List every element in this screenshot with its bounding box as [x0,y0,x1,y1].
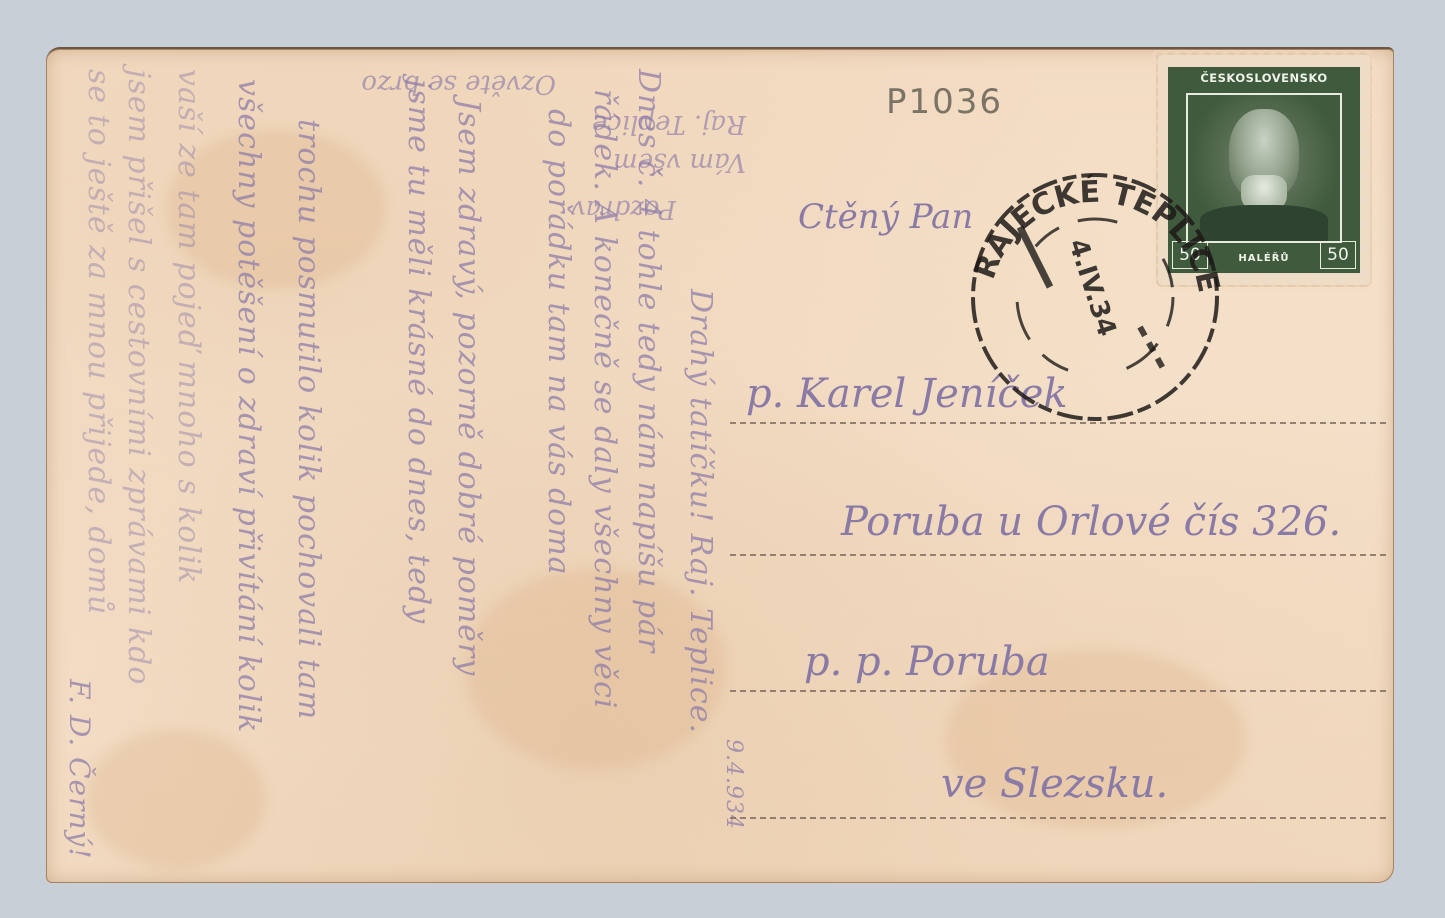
address-dashed-line [730,690,1386,692]
postmark-date: 4.IV.34 [1062,235,1122,340]
message-line: do pořádku tam na vás doma [541,109,576,576]
message-line: se to ještě za mnou přijede, domů [81,69,116,615]
message-line: vaší ze tam pojeď mnoho s kolik [171,69,206,585]
postmark-cancellation: RAJECKÉ TEPLICE 4.IV.34 [960,157,1230,427]
stamp-country: ČESKOSLOVENSKO [1168,71,1360,85]
address-line-post: p. p. Poruba [804,639,1050,685]
stamp-value-right: 50 [1320,241,1356,269]
address-line-region: ve Slezsku. [941,761,1168,807]
address-line-town: Poruba u Orlové čís 326. [841,499,1341,545]
message-line: všechny potěšení o zdraví přivítání koli… [231,79,266,733]
reference-code: P1036 [886,82,1003,122]
message-line: trochu posmutilo kolik pochovali tam [291,119,326,720]
message-line: Dnes č. 4 tohle tedy nám napíšu pár [631,69,666,653]
address-salutation: Ctěný Pan [798,197,973,237]
message-line: Jsem zdravý, pozorně dobré poměry [451,99,486,676]
postcard: P1036 Ozvěte se brzo Raj. Teplice Vám vš… [46,47,1394,883]
message-line: jsme tu měli krásné do dnes, tedy [401,79,436,624]
message-signature: F. D. Černý! [63,679,96,860]
message-line: Drahý tatíčku! Raj. Teplice. [683,289,718,734]
address-dashed-line [730,554,1386,556]
address-dashed-line [730,817,1386,819]
handwritten-message: Ozvěte se brzo Raj. Teplice Vám všem Poz… [56,59,756,874]
message-line: řádek. A konečně se daly všechny věci [587,89,622,709]
message-header-note: Ozvěte se brzo [361,69,556,99]
message-line: jsem přišel s cestovními zprávami kdo [121,69,156,685]
